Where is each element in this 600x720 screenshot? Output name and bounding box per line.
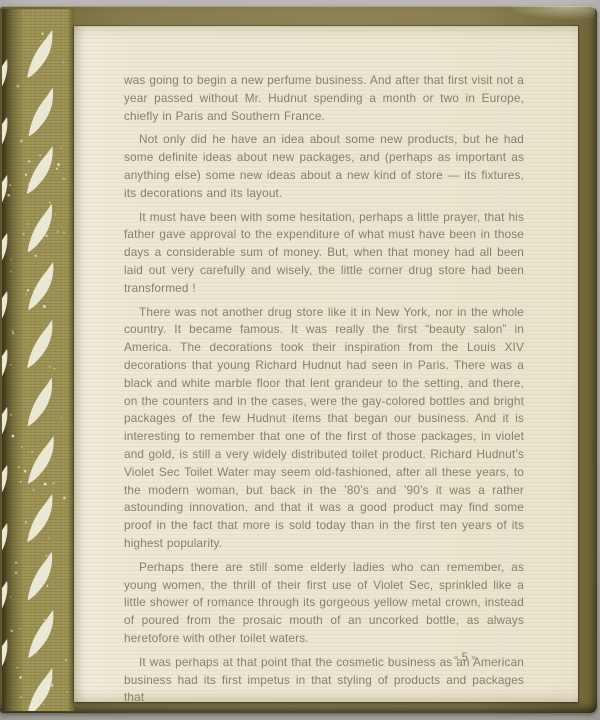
leaf-pattern bbox=[2, 9, 74, 711]
cover-worn-corner bbox=[505, 6, 595, 20]
folio-ornament-left: « bbox=[452, 652, 462, 662]
cloth-speckles bbox=[7, 33, 67, 706]
book-page: was going to begin a new perfume busines… bbox=[74, 26, 578, 702]
paragraph: Not only did he have an idea about some … bbox=[124, 131, 524, 202]
paragraph: was going to begin a new perfume busines… bbox=[124, 72, 524, 125]
text-block: was going to begin a new perfume busines… bbox=[124, 72, 524, 702]
leaf-column-left-partial bbox=[2, 56, 13, 691]
paragraph: There was not another drug store like it… bbox=[124, 304, 524, 553]
cloth-binding bbox=[2, 9, 74, 711]
page-number: «5» bbox=[124, 652, 479, 664]
folio-ornament-right: » bbox=[469, 652, 479, 662]
photo-background: was going to begin a new perfume busines… bbox=[0, 0, 600, 720]
paragraph: Perhaps there are still some elderly lad… bbox=[124, 559, 524, 648]
folio-number: 5 bbox=[462, 652, 469, 664]
paragraph: It must have been with some hesitation, … bbox=[124, 209, 524, 298]
